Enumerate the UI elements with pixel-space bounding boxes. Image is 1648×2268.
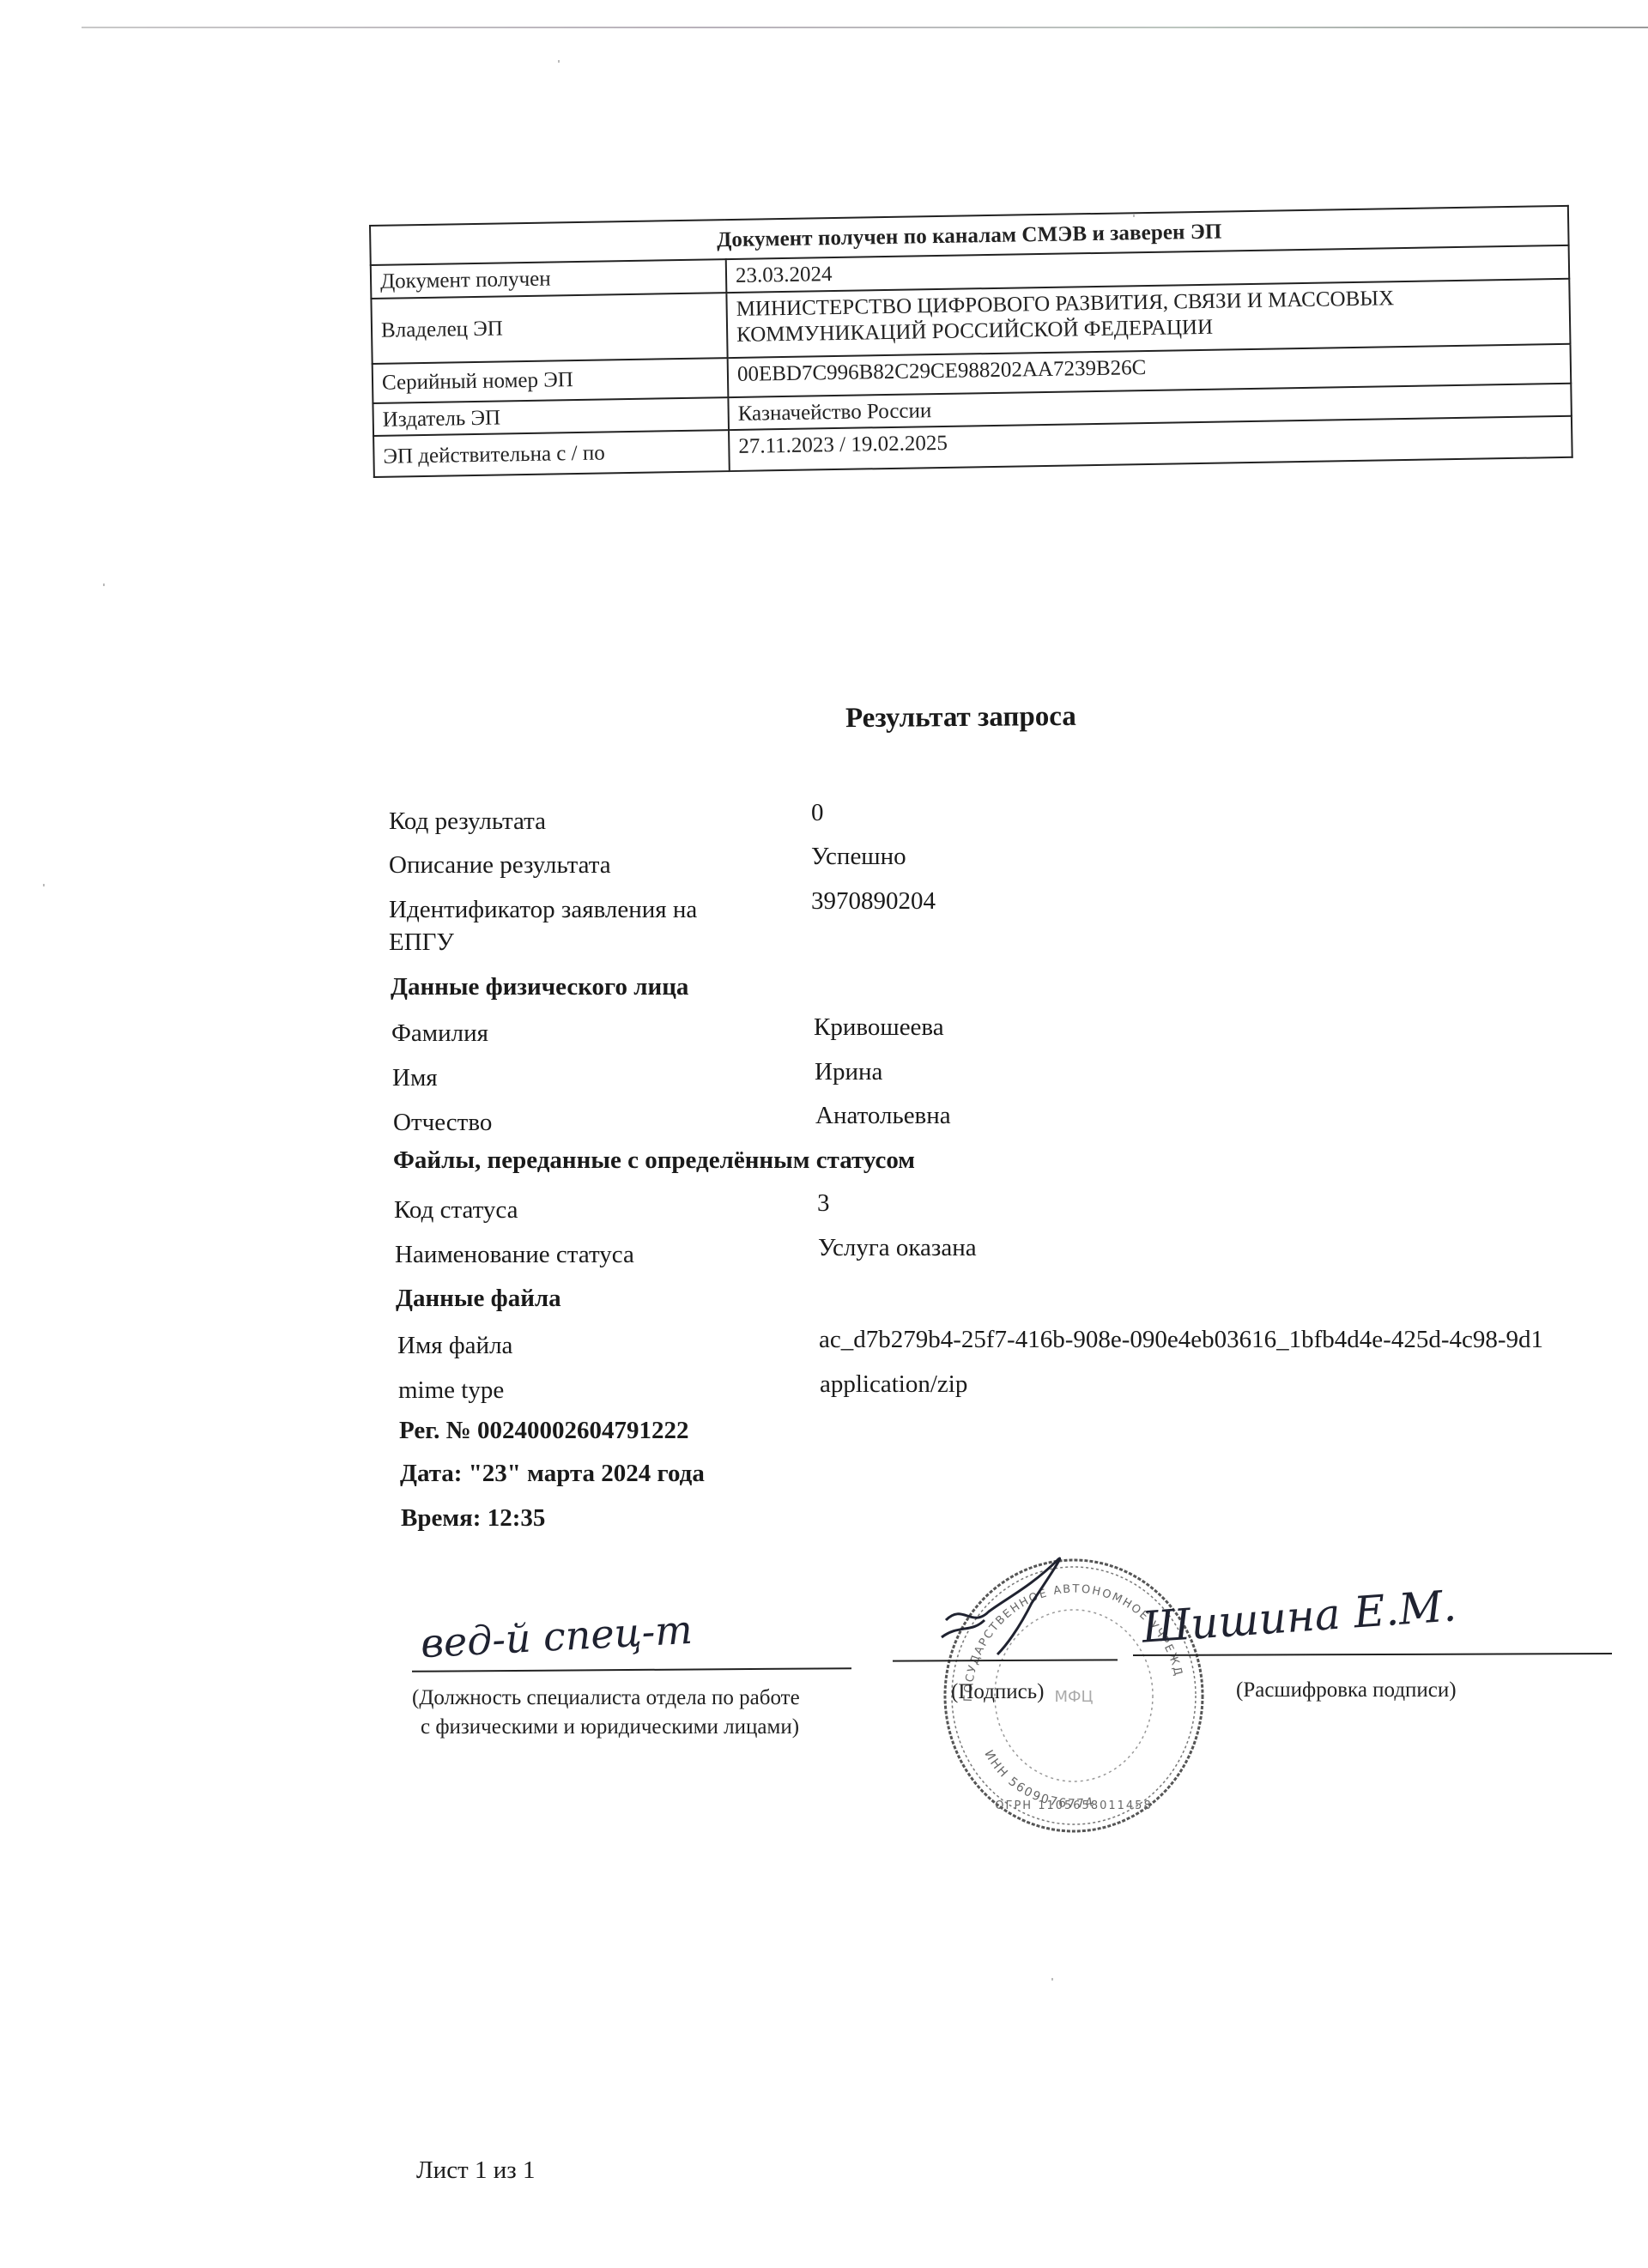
status-code-value: 3 — [817, 1187, 830, 1219]
position-caption-line2: с физическими и юридическими лицами) — [421, 1713, 799, 1742]
seal-center-text: МФЦ — [1055, 1688, 1094, 1706]
document-date: Дата: "23" марта 2024 года — [400, 1457, 705, 1490]
smev-signature-table: Документ получен по каналам СМЭВ и завер… — [369, 205, 1573, 478]
owner-label: Владелец ЭП — [371, 293, 727, 364]
file-name-label: Имя файла — [397, 1329, 512, 1362]
result-description-label: Описание результата — [389, 849, 611, 881]
patronymic-label: Отчество — [393, 1106, 492, 1139]
serial-label: Серийный номер ЭП — [373, 358, 729, 403]
scan-speck — [43, 884, 45, 886]
document-time: Время: 12:35 — [401, 1502, 545, 1534]
scan-speck — [1051, 1978, 1053, 1981]
application-id-value: 3970890204 — [811, 885, 936, 917]
scan-speck — [103, 584, 105, 586]
mime-type-label: mime type — [398, 1374, 504, 1406]
mime-type-value: application/zip — [820, 1368, 967, 1400]
position-signature-line — [412, 1667, 851, 1672]
person-section-heading: Данные физического лица — [391, 971, 688, 1003]
page-title: Результат запроса — [845, 701, 1076, 735]
application-id-label: Идентификатор заявления на ЕПГУ — [389, 893, 697, 959]
scan-top-edge — [82, 27, 1648, 28]
status-code-label: Код статуса — [394, 1194, 518, 1226]
surname-value: Кривошеева — [814, 1011, 944, 1043]
patronymic-value: Анатольевна — [815, 1099, 951, 1132]
signature-caption: (Подпись) — [951, 1678, 1044, 1707]
seal-ogrn-text: ОГРН 1105658011458 — [995, 1799, 1152, 1812]
scan-speck — [558, 60, 560, 63]
position-caption-line1: (Должность специалиста отдела по работе — [412, 1684, 800, 1713]
result-description-value: Успешно — [811, 840, 906, 873]
status-name-label: Наименование статуса — [395, 1238, 634, 1271]
handwritten-position: вед-й спец-т — [420, 1606, 694, 1667]
status-name-value: Услуга оказана — [818, 1231, 977, 1264]
file-section-heading: Данные файла — [396, 1282, 561, 1315]
page-counter: Лист 1 из 1 — [416, 2156, 535, 2185]
name-label: Имя — [392, 1061, 438, 1094]
application-id-label-line2: ЕПГУ — [389, 926, 697, 959]
validity-label: ЭП действительна с / по — [373, 430, 730, 477]
application-id-label-line1: Идентификатор заявления на — [389, 893, 697, 926]
files-section-heading: Файлы, переданные с определённым статусо… — [393, 1144, 915, 1176]
reg-number: Рег. № 00240002604791222 — [399, 1414, 689, 1447]
result-code-label: Код результата — [389, 805, 546, 838]
result-code-value: 0 — [811, 796, 824, 829]
name-caption: (Расшифровка подписи) — [1236, 1676, 1457, 1705]
name-value: Ирина — [815, 1055, 882, 1088]
surname-label: Фамилия — [391, 1017, 488, 1049]
file-name-value: ac_d7b279b4-25f7-416b-908e-090e4eb03616_… — [819, 1323, 1543, 1356]
